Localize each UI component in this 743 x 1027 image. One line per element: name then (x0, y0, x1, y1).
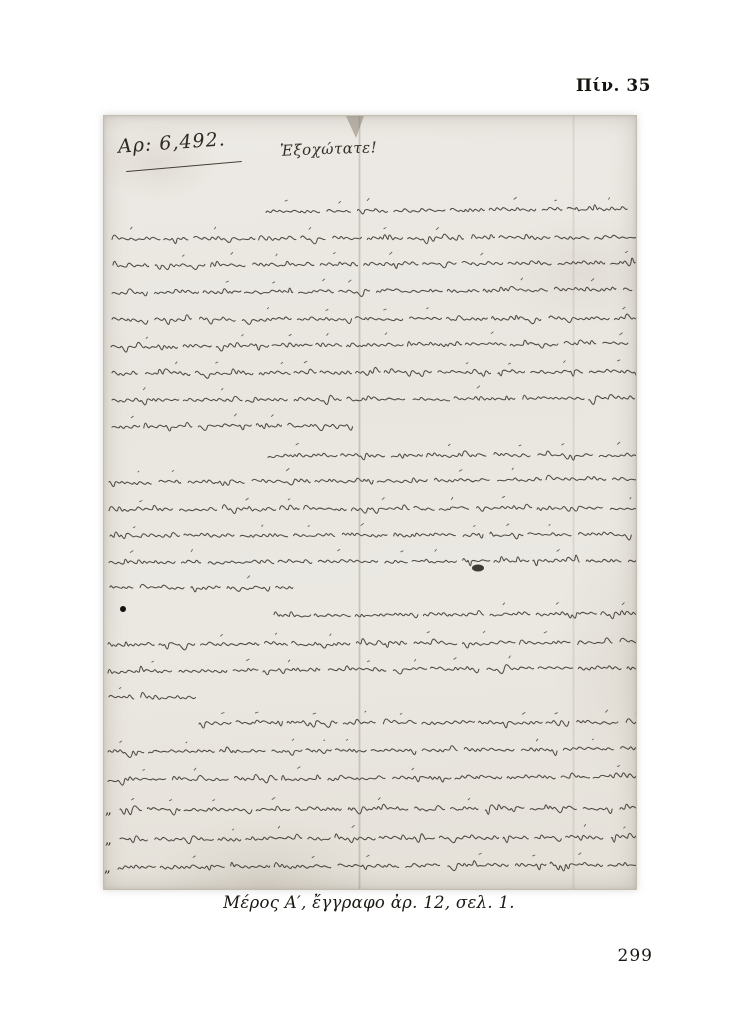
handwriting-svg: „„„ (104, 116, 636, 889)
handwriting-line (112, 287, 632, 297)
handwriting-line (110, 532, 631, 540)
accent-marks (130, 227, 438, 230)
handwriting-line (109, 692, 196, 699)
handwriting-line (112, 314, 636, 324)
accent-marks (193, 853, 581, 858)
accent-marks (267, 307, 625, 311)
handwriting-line (268, 451, 636, 460)
handwriting-line (120, 833, 636, 843)
handwriting-line (118, 861, 636, 871)
handwriting-line (113, 258, 635, 269)
accent-marks (139, 496, 631, 502)
accent-marks (143, 386, 480, 390)
accent-marks (146, 332, 623, 339)
accent-marks (119, 739, 593, 743)
handwriting-line (109, 475, 636, 486)
accent-marks (175, 360, 620, 365)
figure-caption: Μέρος Α′, ἔγγραφο ἀρ. 12, σελ. 1. (103, 893, 635, 912)
margin-bullet-dot (120, 606, 126, 612)
manuscript-salutation: Ἐξοχώτατε! (280, 138, 378, 159)
continuation-quote-mark: „ (104, 861, 111, 876)
fold-notch (346, 116, 364, 138)
manuscript-photo: „„„ Αρ: 6,492. Ἐξοχώτατε! (103, 115, 637, 890)
accent-marks (285, 197, 610, 203)
accent-marks (220, 631, 547, 636)
accent-marks (152, 656, 511, 663)
accent-marks (226, 278, 594, 283)
accent-marks (296, 442, 620, 446)
accent-marks (232, 824, 625, 830)
ink-blot (472, 565, 484, 572)
handwriting-line (112, 395, 635, 405)
accent-marks (182, 251, 628, 256)
accent-marks (221, 710, 636, 715)
accent-marks (130, 549, 560, 553)
accent-marks (138, 468, 514, 472)
handwriting-line (111, 340, 628, 352)
accent-marks (503, 602, 625, 605)
plate-label: Πίν. 35 (576, 76, 651, 96)
handwriting-line (199, 719, 636, 728)
handwriting-line (120, 804, 636, 815)
page-number: 299 (618, 946, 653, 966)
handwriting-line (110, 584, 293, 591)
handwriting-line (108, 665, 636, 675)
accent-marks (131, 414, 274, 418)
handwriting-line (108, 773, 636, 785)
handwriting-line (109, 555, 636, 565)
handwriting-line (108, 746, 636, 758)
accent-marks (247, 576, 250, 579)
handwriting-line (112, 234, 636, 244)
continuation-quote-mark: „ (105, 833, 112, 848)
accent-marks (143, 766, 620, 771)
handwriting-line (274, 611, 636, 619)
continuation-quote-mark: „ (105, 803, 112, 818)
handwriting-line (109, 504, 636, 513)
accent-marks (133, 523, 550, 527)
handwriting-line (112, 367, 636, 378)
handwriting-line (266, 205, 627, 214)
handwriting-line (108, 638, 636, 650)
accent-marks (131, 797, 470, 800)
accent-marks (119, 687, 121, 689)
handwriting-line (112, 423, 353, 431)
book-page: Πίν. 35 „„„ Αρ: 6,492. Ἐξοχώτατε! Μέρος … (0, 0, 743, 1027)
